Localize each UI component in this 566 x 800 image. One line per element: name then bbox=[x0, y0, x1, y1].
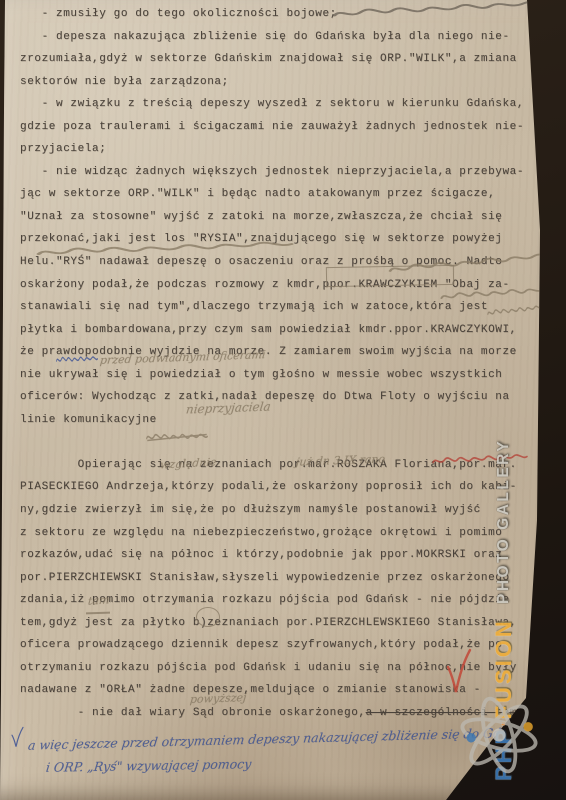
typed-line: stanawiali się nad tym",dlaczego trzymaj… bbox=[20, 296, 560, 319]
typed-line: oskarżony podał,że podczas rozmowy z kmd… bbox=[20, 274, 560, 297]
typed-line: przekonać,jaki jest los "RYSIA",znajdują… bbox=[20, 228, 560, 251]
typed-line: nie ukrywał się i powiedział o tym głośn… bbox=[20, 364, 560, 387]
typed-line: - zmusiły go do tego okoliczności bojowe… bbox=[20, 3, 560, 26]
typed-line: otrzymaniu rozkazu pójścia pod Gdańsk i … bbox=[20, 657, 560, 680]
typed-line: - w związku z treścią depeszy wyszedł z … bbox=[20, 93, 560, 116]
typed-line: tem,gdyż jest za płytko b)zeznaniach por… bbox=[20, 612, 560, 635]
typed-line: zdania,iż pomimo otrzymania rozkazu pójś… bbox=[20, 589, 560, 612]
typed-line bbox=[20, 431, 560, 454]
typed-line: sektorów nie była zarządzona; bbox=[20, 71, 560, 94]
typed-line: por.PIERZCHIEWSKI Stanisław,słyszeli wyp… bbox=[20, 567, 560, 590]
typed-line: PIASECKIEGO Andrzeja,którzy podali,że os… bbox=[20, 476, 560, 499]
typed-line: oficerów: Wychodząc z zatki,nadał depesz… bbox=[20, 386, 560, 409]
typed-lines: - zmusiły go do tego okoliczności bojowe… bbox=[20, 3, 560, 725]
typed-line: oficera prowadzącego dziennik depesz szy… bbox=[20, 634, 560, 657]
scanned-document-view: - zmusiły go do tego okoliczności bojowe… bbox=[0, 0, 566, 800]
typed-line: z sektoru ze względu na niebezpieczeństw… bbox=[20, 522, 560, 545]
typed-line: zrozumiała,gdyż w sektorze Gdańskim znaj… bbox=[20, 48, 560, 71]
typed-line: Opierając się na zeznaniach por.mar.ROSZ… bbox=[20, 454, 560, 477]
typed-line: - nie widząc żadnych większych jednostek… bbox=[20, 161, 560, 184]
blue-tick bbox=[10, 726, 24, 748]
typed-line: przyjaciela; bbox=[20, 138, 560, 161]
typed-line: linie komunikacyjne bbox=[20, 409, 560, 432]
typed-line: Helu."RYŚ" nadawał depeszę o osaczeniu o… bbox=[20, 251, 560, 274]
paper-sheet: - zmusiły go do tego okoliczności bojowe… bbox=[0, 0, 566, 800]
typed-line: że prawdopodobnie wyjdzie na morze. Z za… bbox=[20, 341, 560, 364]
typed-line: - depesza nakazująca zbliżenie się do Gd… bbox=[20, 26, 560, 49]
typed-line: rozkazów,udać się na północ i którzy,pod… bbox=[20, 544, 560, 567]
typed-line: ny,gdzie zwierzył im się,że po dłuższym … bbox=[20, 499, 560, 522]
typed-line: gdzie poza traulerami i ścigaczami nie z… bbox=[20, 116, 560, 139]
watermark-gallery: PHOTO GALLERY bbox=[495, 439, 512, 618]
typed-line: płytka i bombardowana,przy czym sam powi… bbox=[20, 319, 560, 342]
typed-line: "Uznał za stosowne" wyjść z zatoki na mo… bbox=[20, 206, 560, 229]
typed-line: jąc w sektorze ORP."WILK" i będąc nadto … bbox=[20, 183, 560, 206]
blue-note-line2: i ORP. „Ryś" wzywającej pomocy bbox=[45, 756, 252, 775]
